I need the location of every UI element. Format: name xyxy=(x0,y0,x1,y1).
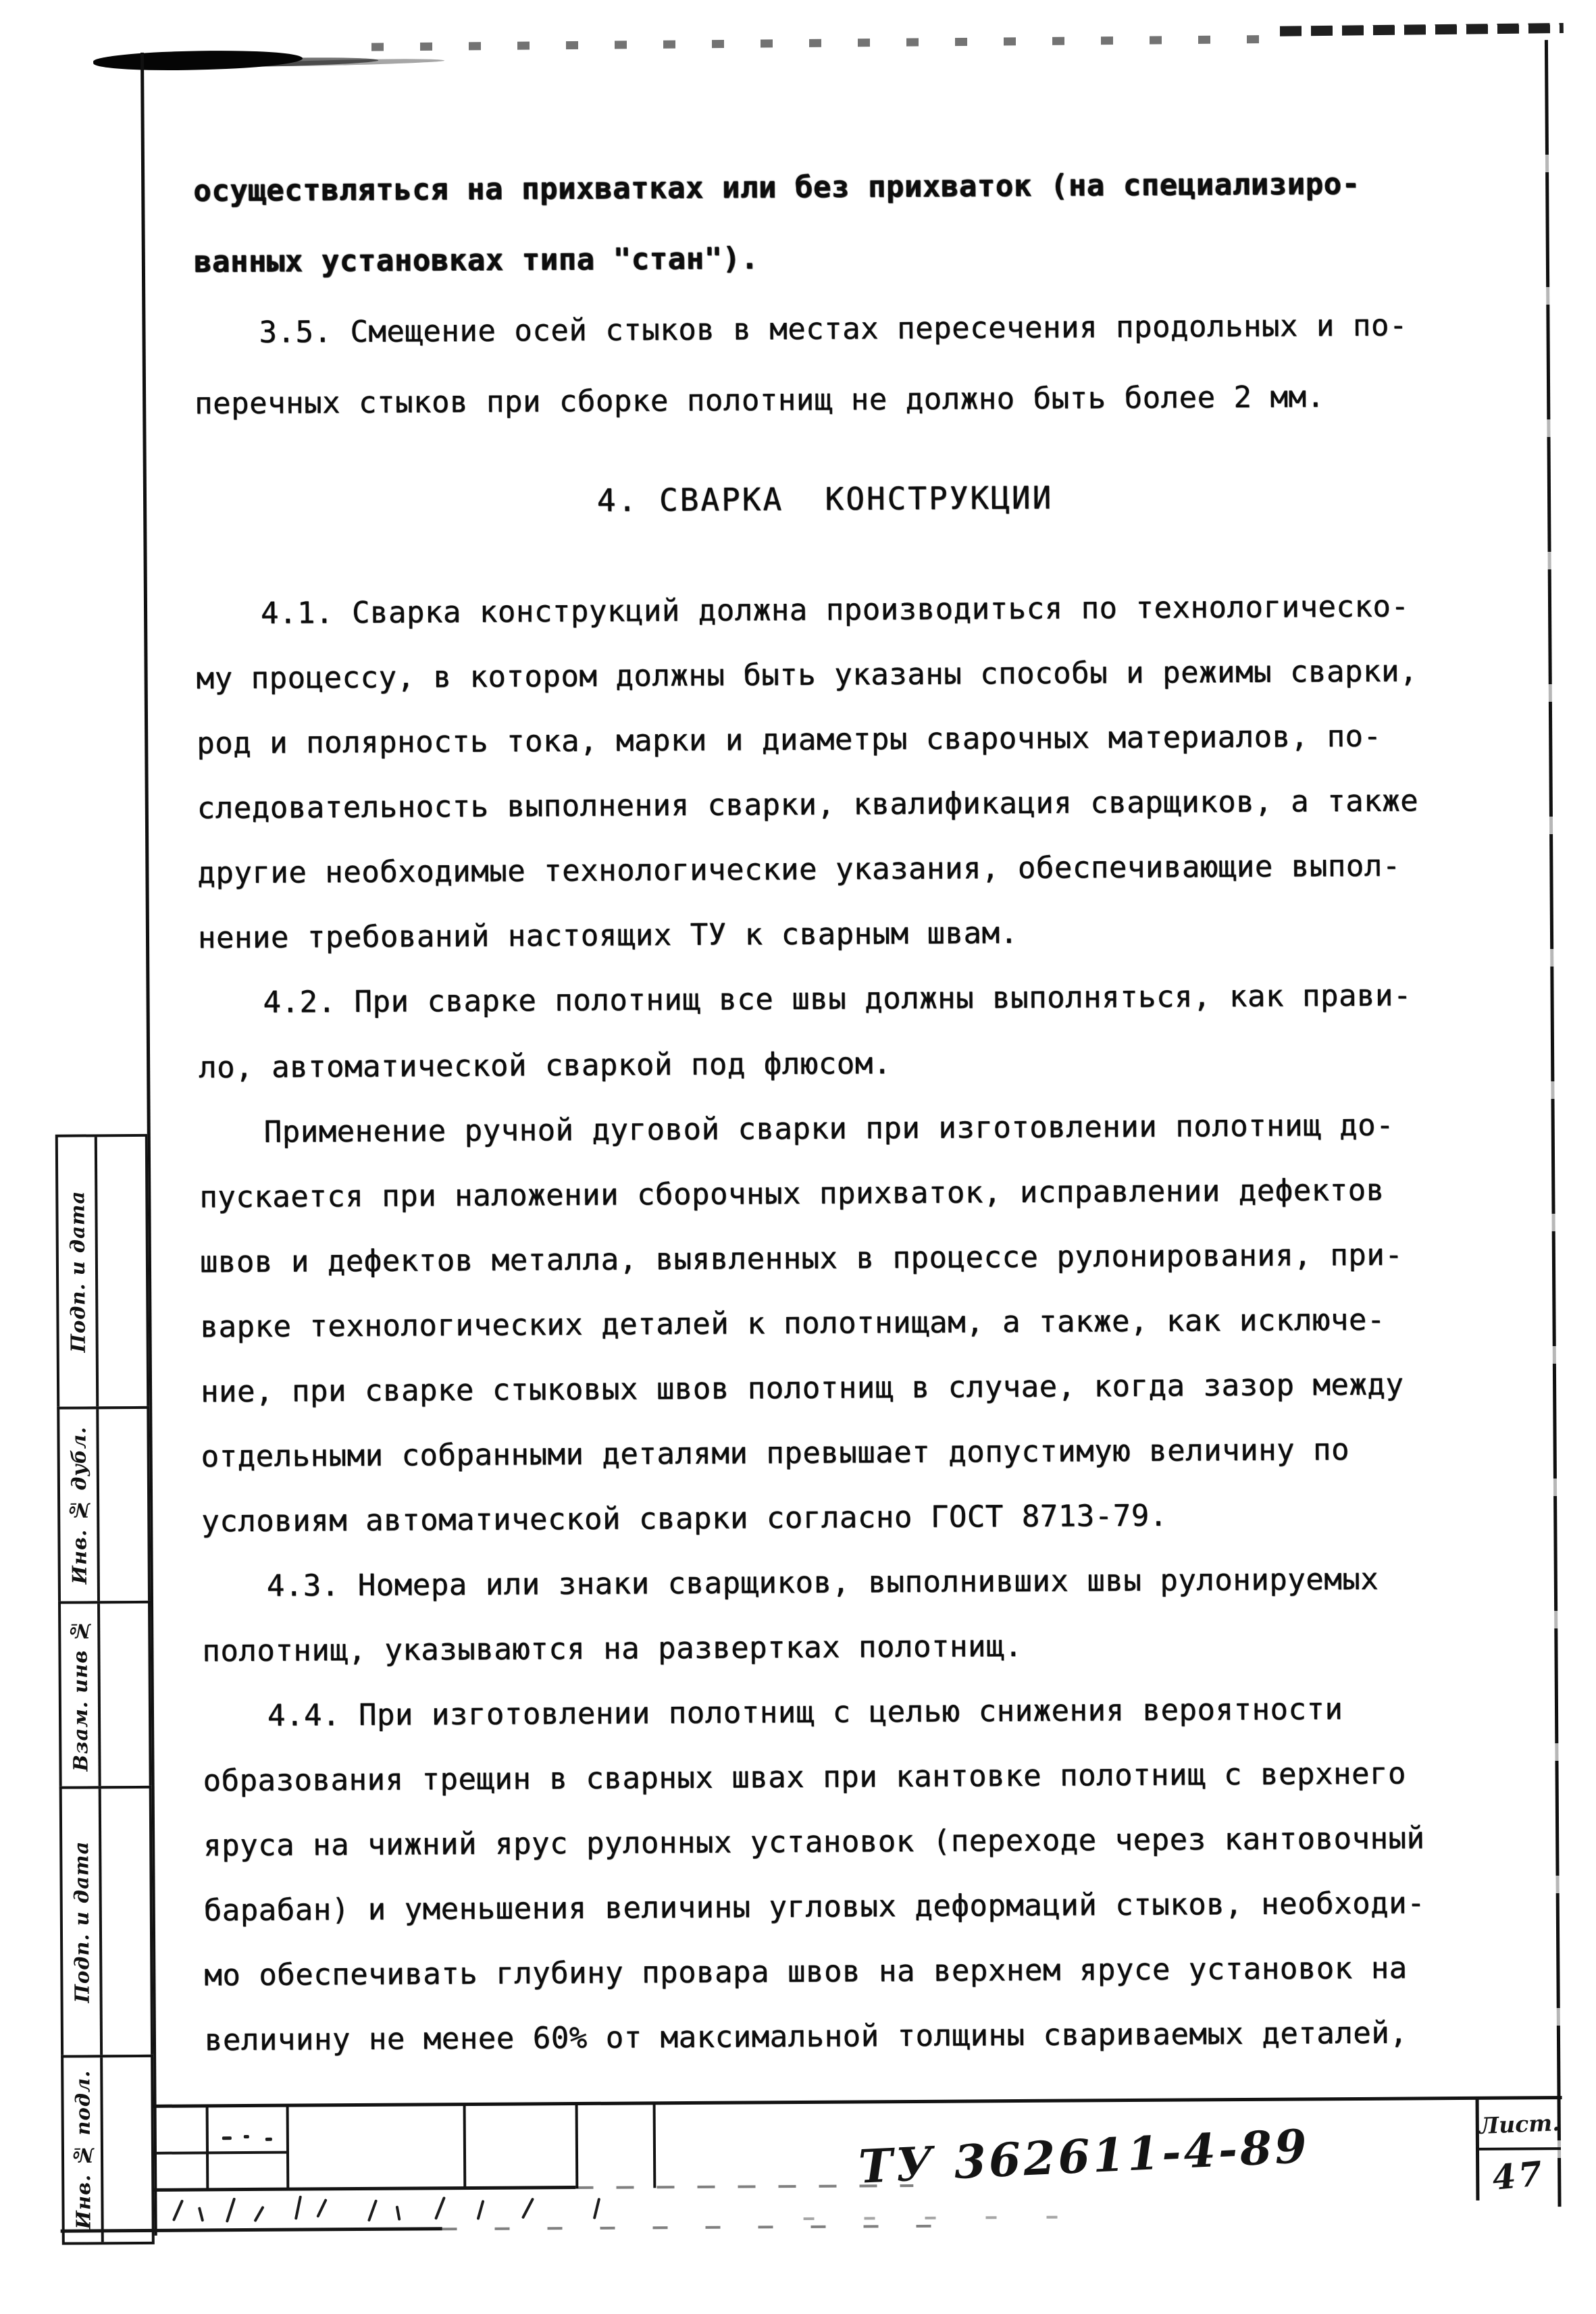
scan-ink-blotch xyxy=(93,48,303,72)
handwritten-scribble xyxy=(434,2196,446,2220)
margin-field-podp-i-data-2: Подп. и дата xyxy=(59,1786,153,2058)
text-line: род и полярность тока, марки и диаметры … xyxy=(197,719,1480,762)
text-line: другие необходимые технологические указа… xyxy=(197,848,1481,892)
text-line: нение требований настоящих ТУ к сварным … xyxy=(198,913,1481,956)
text-line: отдельными собранными деталями превышает… xyxy=(201,1432,1485,1475)
margin-field-inv-no-podl: Инв. № подл. xyxy=(61,2055,155,2245)
text-line: 4.2. При сварке полотнищ все швы должны … xyxy=(198,977,1546,1021)
text-line: 3.5. Смещение осей стыков в местах перес… xyxy=(194,307,1542,351)
handwritten-scribble xyxy=(226,2197,236,2222)
scan-top-edge-noise-right xyxy=(1280,23,1564,36)
handwritten-scribble xyxy=(244,2135,249,2138)
handwritten-scribble xyxy=(521,2197,534,2219)
title-block-row-divider xyxy=(155,2151,288,2155)
text-line: ло, автоматической сваркой под флюсом. xyxy=(199,1043,1482,1086)
text-line: му процессу, в котором должны быть указа… xyxy=(197,654,1480,697)
text-line: перечных стыков при сборке полотнищ не д… xyxy=(195,379,1478,422)
margin-field-label: Инв. № дубл. xyxy=(61,1412,97,1598)
margin-field-inv-no-dubl: Инв. № дубл. xyxy=(57,1406,151,1604)
margin-field-label: Подп. и дата xyxy=(59,1139,96,1404)
handwritten-scribble xyxy=(253,2206,264,2223)
title-block-column-line xyxy=(653,2103,657,2188)
text-line: величину не менее 60% от максимальной то… xyxy=(205,2015,1488,2059)
text-line: следовательность выполнения сварки, квал… xyxy=(197,783,1481,827)
handwritten-scribble xyxy=(316,2199,328,2218)
title-block-bottom-line-faint xyxy=(442,2225,956,2231)
text-line: 4.1. Сварка конструкций должна производи… xyxy=(196,588,1544,632)
handwritten-scribble xyxy=(222,2136,232,2140)
text-line: полотнищ, указываются на развертках поло… xyxy=(202,1626,1485,1670)
page-number-handwritten: 47 xyxy=(1479,2149,1558,2203)
text-line: варке технологических деталей к полотнищ… xyxy=(200,1302,1483,1345)
text-line: швов и дефектов металла, выявленных в пр… xyxy=(200,1237,1483,1281)
handwritten-scribble xyxy=(396,2205,401,2220)
handwritten-scribble xyxy=(198,2207,204,2221)
section-heading: 4. СВАРКА КОНСТРУКЦИИ xyxy=(195,477,1455,521)
document-number-handwritten: ТУ 362611-4-89 xyxy=(858,2123,1238,2194)
title-block-mid-line xyxy=(153,2186,575,2192)
text-line: ние, при сварке стыковых швов полотнищ в… xyxy=(201,1367,1484,1410)
text-line: 4.3. Номера или знаки сварщиков, выполни… xyxy=(202,1561,1550,1604)
text-line: пускается при наложении сборочных прихва… xyxy=(199,1173,1483,1216)
scan-top-edge-noise xyxy=(371,35,1277,51)
title-block-column-line xyxy=(206,2105,209,2190)
text-line: 4.4. При изготовлении полотнищ с целью с… xyxy=(203,1691,1551,1734)
text-line: осуществляться на прихватках или без при… xyxy=(193,166,1476,209)
scan-bottom-noise xyxy=(804,2215,1094,2220)
scanned-document-page: осуществляться на прихватках или без при… xyxy=(0,0,1596,2314)
handwritten-scribble xyxy=(367,2199,378,2221)
sheet-label-handwritten: Лист. xyxy=(1481,2101,1559,2146)
text-line: мо обеспечивать глубину провара швов на … xyxy=(204,1951,1487,1994)
text-line: барабан) и уменьшения величины угловых д… xyxy=(204,1886,1487,1929)
handwritten-scribble xyxy=(593,2198,600,2219)
handwritten-scribble xyxy=(172,2199,184,2221)
text-line: Применение ручной дуговой сварки при изг… xyxy=(199,1107,1547,1150)
handwritten-scribble xyxy=(477,2200,485,2220)
text-line: образования трещин в сварных швах при ка… xyxy=(203,1756,1486,1799)
margin-field-label: Подп. и дата xyxy=(63,1791,100,2052)
text-line: яруса на чижний ярус рулонных установок … xyxy=(203,1821,1487,1864)
title-block-column-line xyxy=(463,2104,467,2189)
margin-field-vzam-inv-no: Взам. инв № xyxy=(58,1601,152,1789)
title-block-column-line xyxy=(575,2103,579,2188)
text-line: ванных установках типа "стан"). xyxy=(194,237,1477,280)
margin-field-label: Взам. инв № xyxy=(62,1606,99,1783)
scan-content: осуществляться на прихватках или без при… xyxy=(0,0,1596,2314)
margin-field-podp-i-data-1: Подп. и дата xyxy=(55,1134,149,1410)
title-block-top-line xyxy=(153,2096,1562,2108)
text-line: условиям автоматической сварки согласно … xyxy=(201,1497,1485,1540)
handwritten-scribble xyxy=(265,2138,272,2141)
handwritten-scribble xyxy=(294,2196,302,2220)
margin-field-label: Инв. № подл. xyxy=(65,2060,101,2239)
title-block-column-line xyxy=(286,2105,290,2190)
